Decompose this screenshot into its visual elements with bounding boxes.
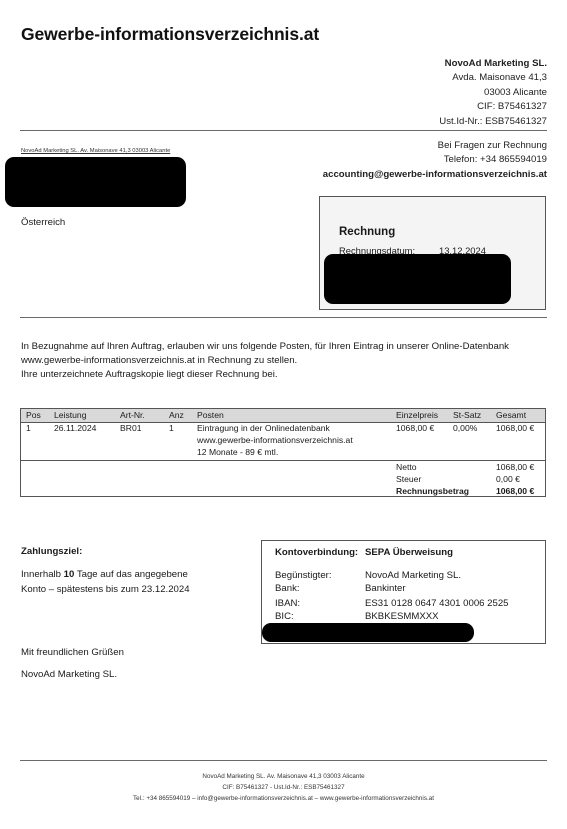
payment-terms-line-1: Innerhalb 10 Tage auf das angegebene	[21, 567, 190, 582]
header-posten: Posten	[197, 410, 224, 420]
invoice-title: Rechnung	[339, 226, 395, 238]
row-artnr: BR01	[120, 423, 142, 433]
recipient-country: Österreich	[21, 217, 65, 228]
header-pos: Pos	[26, 410, 41, 420]
sender-vat: Ust.Id-Nr.: ESB75461327	[439, 115, 547, 129]
redacted-recipient-address	[5, 157, 186, 207]
header-divider	[20, 130, 547, 131]
netto-value: 1068,00 €	[496, 462, 534, 472]
redacted-invoice-details	[324, 254, 511, 304]
payment-terms-pre: Innerhalb	[21, 569, 64, 580]
row-posten-line-2: www.gewerbe-informationsverzeichnis.at	[197, 435, 353, 445]
row-st-satz: 0,00%	[453, 423, 477, 433]
payment-terms-title: Zahlungsziel:	[21, 546, 82, 557]
footer: NovoAd Marketing SL. Av. Maisonave 41,3 …	[0, 772, 567, 804]
row-anz: 1	[169, 423, 174, 433]
sender-address: NovoAd Marketing SL. Avda. Maisonave 41,…	[439, 57, 547, 129]
steuer-value: 0,00 €	[496, 474, 520, 484]
payment-terms-line-2: Konto – spätestens bis zum 23.12.2024	[21, 582, 190, 597]
row-posten-line-3: 12 Monate - 89 € mtl.	[197, 447, 278, 457]
footer-line-2: CIF: B75461327 - Ust.Id-Nr.: ESB75461327	[0, 783, 567, 794]
section-divider	[20, 317, 547, 318]
row-einzelpreis: 1068,00 €	[396, 423, 434, 433]
table-header: Pos Leistung Art-Nr. Anz Posten Einzelpr…	[21, 409, 545, 423]
closing-greeting: Mit freundlichen Grüßen	[21, 647, 124, 658]
contact-phone: Telefon: +34 865594019	[323, 153, 547, 167]
sender-cif: CIF: B75461327	[439, 100, 547, 114]
header-st-satz: St-Satz	[453, 410, 481, 420]
brand-title: Gewerbe-informationsverzeichnis.at	[21, 24, 319, 45]
sender-street: Avda. Maisonave 41,3	[439, 71, 547, 85]
header-gesamt: Gesamt	[496, 410, 526, 420]
bank-field-label-bic: BIC:	[275, 611, 294, 622]
intro-line-1: In Bezugnahme auf Ihren Auftrag, erlaube…	[21, 340, 551, 354]
bank-field-value-bic: BKBKESMMXXX	[365, 611, 439, 622]
invoice-info-box: Rechnung Rechnungsdatum: 13.12.2024	[319, 196, 546, 310]
contact-heading: Bei Fragen zur Rechnung	[323, 139, 547, 153]
intro-line-2: www.gewerbe-informationsverzeichnis.at i…	[21, 354, 551, 368]
contact-email: accounting@gewerbe-informationsverzeichn…	[323, 168, 547, 182]
header-leistung: Leistung	[54, 410, 87, 420]
row-pos: 1	[26, 423, 31, 433]
header-anz: Anz	[169, 410, 184, 420]
bank-title-label: Kontoverbindung:	[275, 547, 358, 558]
bank-field-label-bank: Bank:	[275, 583, 300, 594]
footer-line-1: NovoAd Marketing SL. Av. Maisonave 41,3 …	[0, 772, 567, 783]
footer-divider	[20, 760, 547, 761]
row-posten-line-1: Eintragung in der Onlinedatenbank	[197, 423, 330, 433]
bank-field-value-iban: ES31 0128 0647 4301 0006 2525	[365, 598, 509, 609]
bank-field-label-iban: IBAN:	[275, 598, 300, 609]
payment-terms-post: Tage auf das angegebene	[74, 569, 187, 580]
header-einzelpreis: Einzelpreis	[396, 410, 438, 420]
payment-terms-days: 10	[64, 569, 75, 580]
row-leistung: 26.11.2024	[54, 423, 96, 433]
footer-line-3: Tel.: +34 865594019 – info@gewerbe-infor…	[0, 794, 567, 805]
bank-field-label-beneficiary: Begünstigter:	[275, 570, 332, 581]
total-label: Rechnungsbetrag	[396, 486, 469, 496]
sender-city: 03003 Alicante	[439, 86, 547, 100]
return-address: NovoAd Marketing SL. Av. Maisonave 41,3 …	[21, 148, 170, 154]
bank-details-box: Kontoverbindung: SEPA Überweisung Begüns…	[261, 540, 546, 644]
netto-label: Netto	[396, 462, 417, 472]
intro-line-3: Ihre unterzeichnete Auftragskopie liegt …	[21, 368, 551, 382]
payment-terms-text: Innerhalb 10 Tage auf das angegebene Kon…	[21, 567, 190, 597]
sender-company: NovoAd Marketing SL.	[439, 57, 547, 71]
contact-info: Bei Fragen zur Rechnung Telefon: +34 865…	[323, 139, 547, 182]
invoice-items-table: Pos Leistung Art-Nr. Anz Posten Einzelpr…	[20, 408, 546, 497]
redacted-bank-extra	[262, 623, 474, 642]
intro-text: In Bezugnahme auf Ihren Auftrag, erlaube…	[21, 340, 551, 383]
header-artnr: Art-Nr.	[120, 410, 145, 420]
bank-field-value-bank: Bankinter	[365, 583, 406, 594]
steuer-label: Steuer	[396, 474, 421, 484]
bank-title-value: SEPA Überweisung	[365, 547, 453, 558]
table-row-divider	[21, 460, 545, 461]
bank-field-value-beneficiary: NovoAd Marketing SL.	[365, 570, 461, 581]
closing-signoff: NovoAd Marketing SL.	[21, 669, 117, 680]
row-gesamt: 1068,00 €	[496, 423, 534, 433]
total-value: 1068,00 €	[496, 486, 534, 496]
